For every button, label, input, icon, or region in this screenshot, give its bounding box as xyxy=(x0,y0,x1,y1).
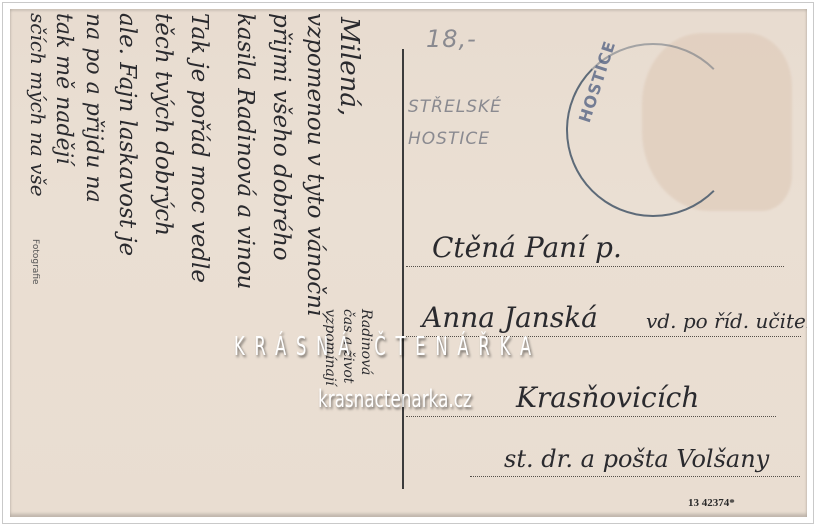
message-line: na po a přijdu na xyxy=(81,13,106,203)
postcard: Milená, vzpomenou v tyto vánoční přijmi … xyxy=(10,9,807,517)
message-line: vzpomenou v tyto vánoční xyxy=(302,13,328,316)
address-dotted-line xyxy=(470,476,800,477)
price-note: 18,- xyxy=(426,25,477,53)
message-line: tak mě nadějí xyxy=(51,13,76,164)
address-salutation: Ctěná Paní p. xyxy=(432,231,622,264)
message-line: kasila Radinová a vinou xyxy=(232,13,258,289)
message-line: Milená, xyxy=(334,17,364,116)
address-town: Krasňovicích xyxy=(516,381,699,414)
watermark-title: KRÁSNÁ ČTENÁŘKA xyxy=(234,332,541,362)
message-line: přijmi všeho dobrého xyxy=(268,13,294,261)
center-divider xyxy=(402,49,404,489)
address-name: Anna Janská xyxy=(422,301,598,334)
print-number: 13 42374* xyxy=(688,497,735,509)
message-line: sčích mých na vše xyxy=(26,13,50,197)
place-note-line1: STŘELSKÉ xyxy=(408,97,502,117)
watermark-url: krasnactenarka.cz xyxy=(318,385,472,413)
message-line: Tak je pořád moc vedle xyxy=(186,13,212,283)
address-name-suffix: vd. po říd. učitel xyxy=(646,309,807,333)
place-note-line2: HOSTICE xyxy=(408,129,490,149)
publisher-mark: Fotografie xyxy=(30,239,40,285)
message-line: těch tvých dobrých xyxy=(150,13,176,236)
address-dotted-line xyxy=(406,266,784,267)
address-dotted-line xyxy=(406,416,776,417)
address-district: st. dr. a pošta Volšany xyxy=(504,445,769,473)
message-line: ale. Fajn laskavost je xyxy=(114,13,140,256)
